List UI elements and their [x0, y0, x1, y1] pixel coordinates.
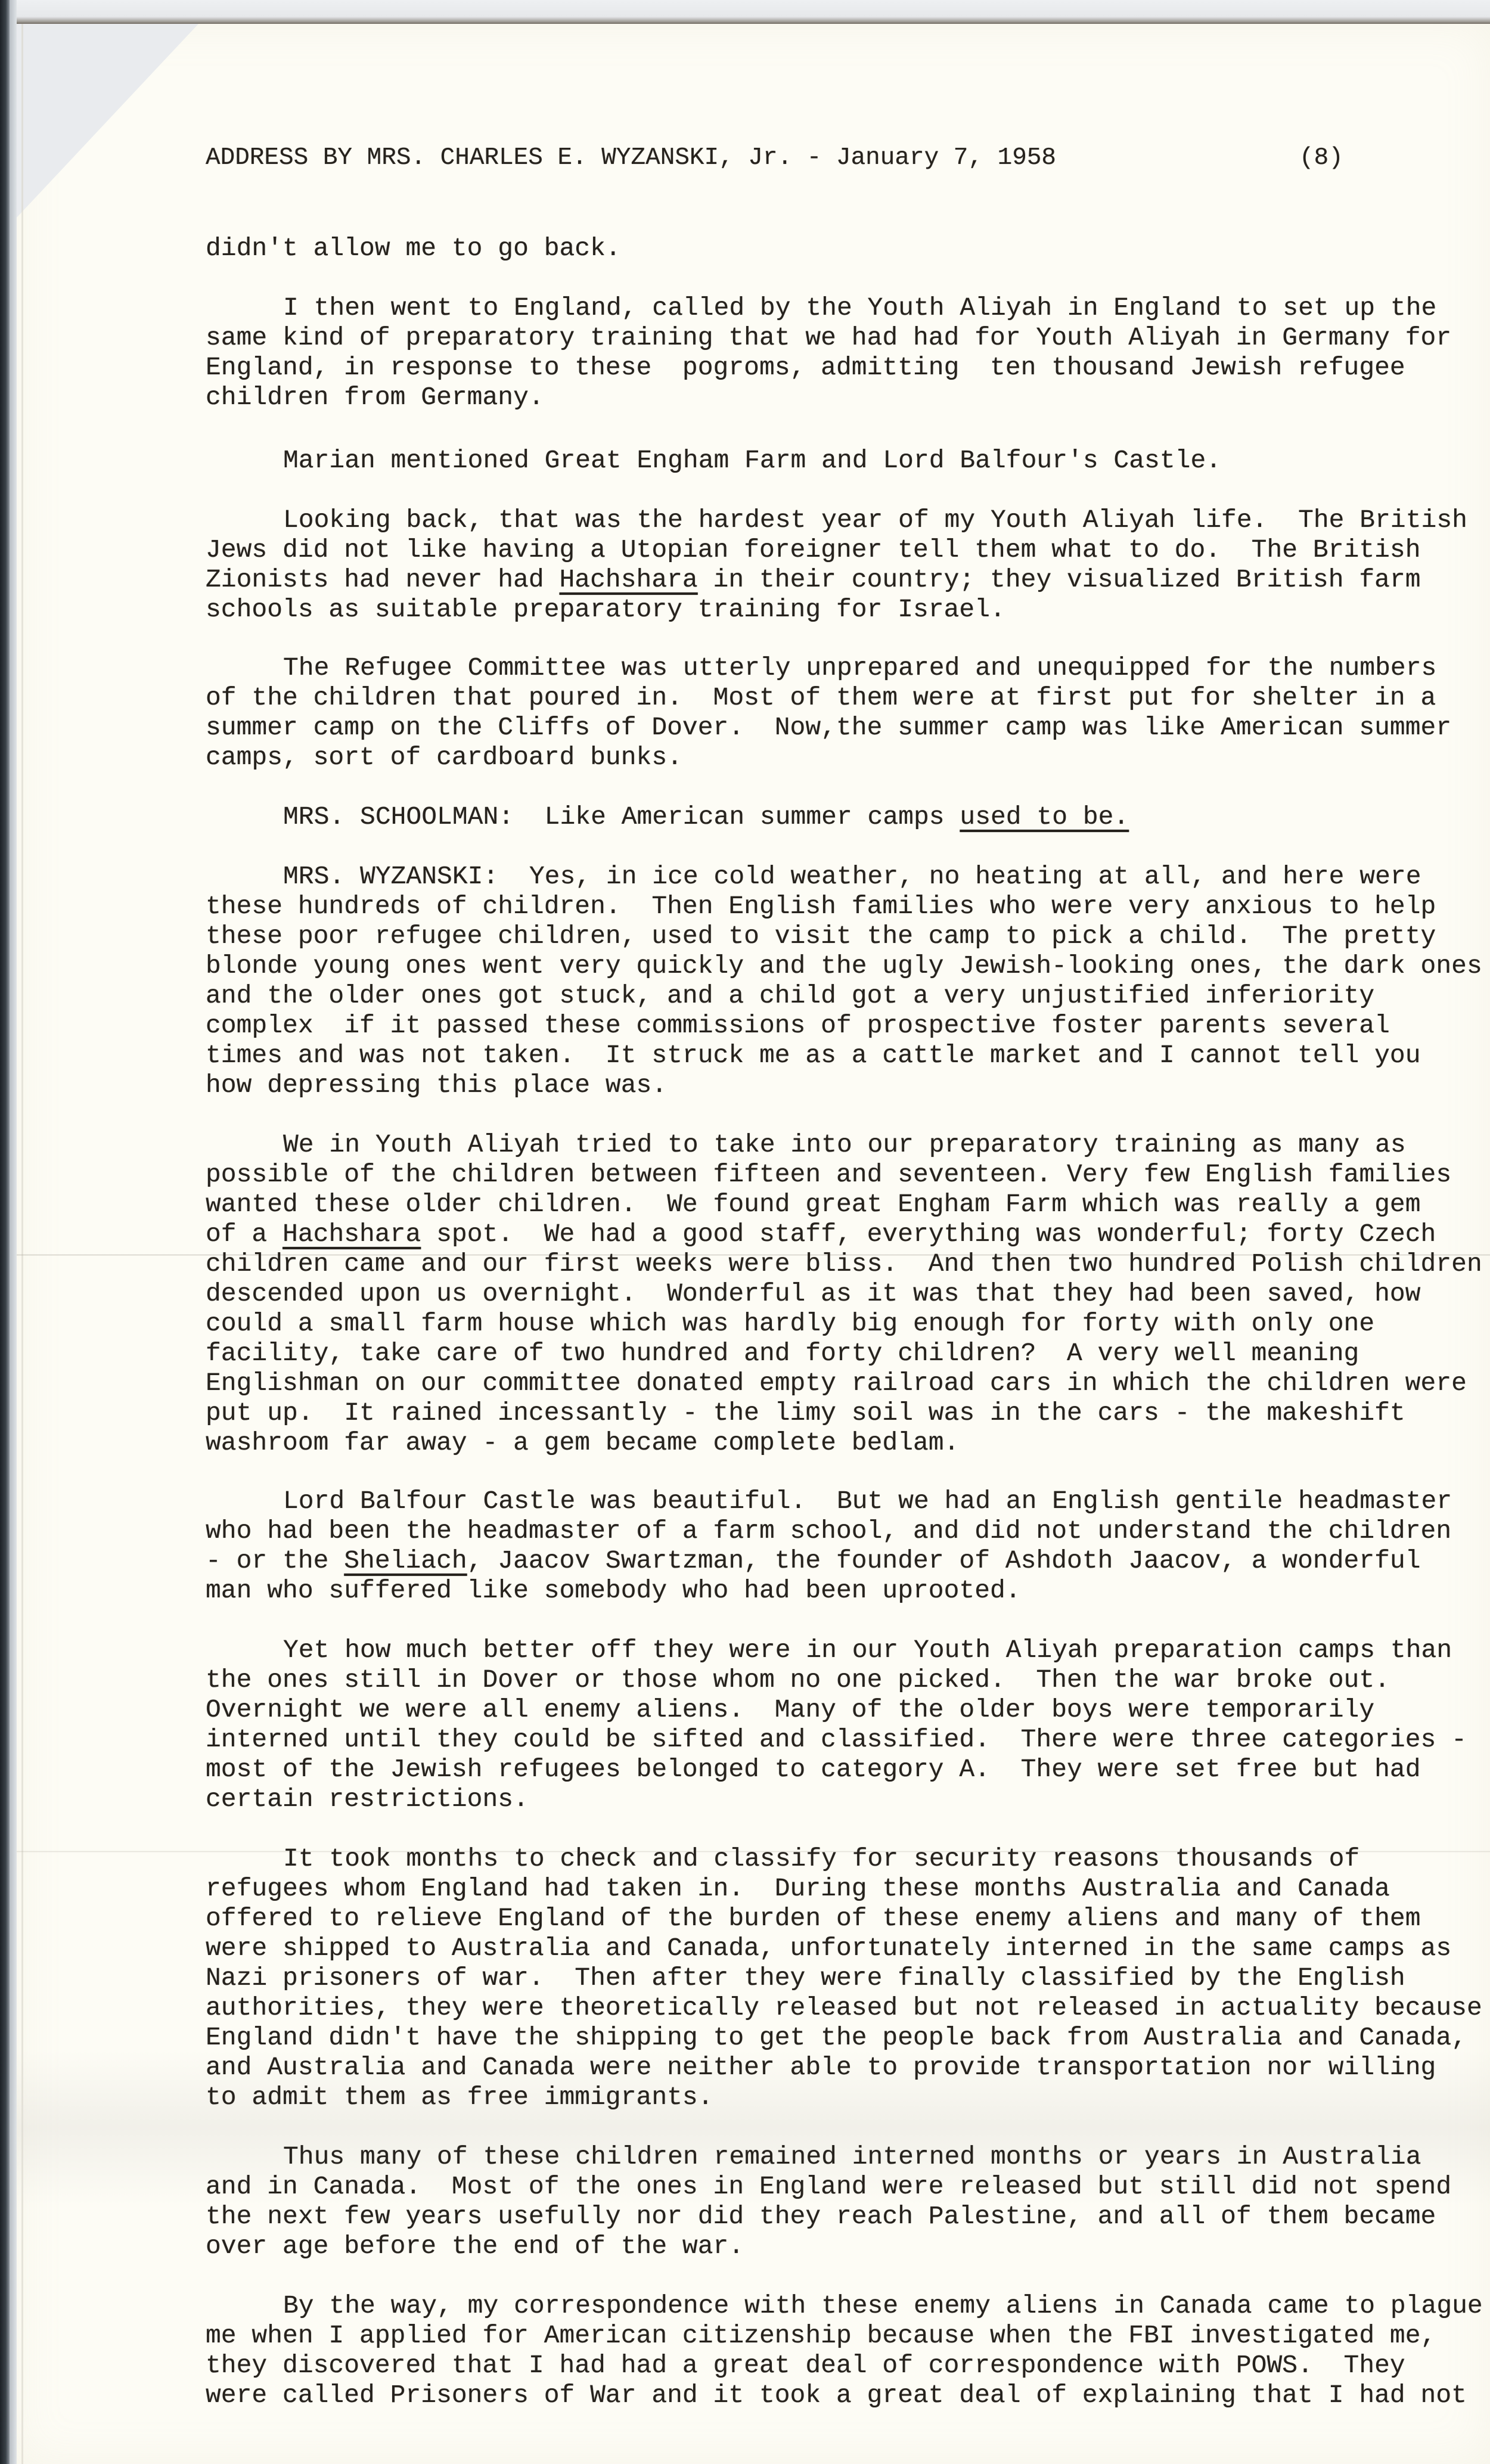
- text-line: were shipped to Australia and Canada, un…: [206, 1934, 1451, 1963]
- text-line: summer camp on the Cliffs of Dover. Now,…: [206, 713, 1451, 743]
- text-line: most of the Jewish refugees belonged to …: [206, 1755, 1421, 1785]
- text-line: children came and our first weeks were b…: [206, 1249, 1482, 1279]
- text-line: schools as suitable preparatory training…: [206, 595, 1005, 625]
- text-segment: , Jaacov Swartzman, the founder of Ashdo…: [467, 1546, 1421, 1575]
- text-line: of the children that poured in. Most of …: [206, 683, 1436, 713]
- text-segment: - or the: [206, 1546, 344, 1575]
- text-line: same kind of preparatory training that w…: [206, 323, 1451, 353]
- paragraph-first-line: MRS. WYZANSKI: Yes, in ice cold weather,…: [283, 862, 1421, 892]
- text-line: Overnight we were all enemy aliens. Many…: [206, 1695, 1374, 1725]
- text-line: children from Germany.: [206, 383, 544, 412]
- text-line: blonde young ones went very quickly and …: [206, 951, 1482, 981]
- text-line: who had been the headmaster of a farm sc…: [206, 1516, 1451, 1546]
- paragraph-first-line: It took months to check and classify for…: [283, 1844, 1359, 1874]
- underlined-term: used to be.: [960, 802, 1129, 831]
- text-line: of a Hachshara spot. We had a good staff…: [206, 1219, 1436, 1249]
- text-line: and Australia and Canada were neither ab…: [206, 2053, 1436, 2083]
- text-line: possible of the children between fifteen…: [206, 1160, 1451, 1190]
- paragraph-first-line: Marian mentioned Great Engham Farm and L…: [283, 446, 1221, 476]
- text-line: refugees whom England had taken in. Duri…: [206, 1874, 1390, 1904]
- text-segment: Zionists had never had: [206, 565, 560, 594]
- text-line: to admit them as free immigrants.: [206, 2083, 713, 2112]
- paragraph-first-line: Lord Balfour Castle was beautiful. But w…: [283, 1487, 1452, 1516]
- text-segment: in their country; they visualized Britis…: [698, 565, 1421, 594]
- text-line: could a small farm house which was hardl…: [206, 1309, 1374, 1339]
- text-line: facility, take care of two hundred and f…: [206, 1339, 1359, 1368]
- text-line: over age before the end of the war.: [206, 2232, 744, 2261]
- text-line: camps, sort of cardboard bunks.: [206, 743, 682, 772]
- paragraph-first-line: Thus many of these children remained int…: [283, 2142, 1421, 2172]
- text-line: man who suffered like somebody who had b…: [206, 1576, 1021, 1606]
- paragraph-first-line: Looking back, that was the hardest year …: [283, 505, 1467, 535]
- underlined-term: Sheliach: [344, 1546, 467, 1575]
- text-line: descended upon us overnight. Wonderful a…: [206, 1279, 1421, 1309]
- scanner-rail: [10, 0, 17, 2464]
- paper-edge: [21, 24, 23, 2464]
- text-segment: of a: [206, 1219, 283, 1249]
- text-line: - or the Sheliach, Jaacov Swartzman, the…: [206, 1546, 1421, 1576]
- text-line: wanted these older children. We found gr…: [206, 1190, 1421, 1219]
- paragraph-first-line: Yet how much better off they were in our…: [283, 1636, 1452, 1665]
- paragraph-first-line: MRS. SCHOOLMAN: Like American summer cam…: [283, 802, 1129, 832]
- text-line: and the older ones got stuck, and a chil…: [206, 981, 1374, 1011]
- text-line: England didn't have the shipping to get …: [206, 2023, 1467, 2053]
- document-header-title: ADDRESS BY MRS. CHARLES E. WYZANSKI, Jr.…: [206, 143, 1056, 173]
- text-line: the next few years usefully nor did they…: [206, 2202, 1436, 2232]
- text-line: Englishman on our committee donated empt…: [206, 1368, 1467, 1398]
- text-line: Zionists had never had Hachshara in thei…: [206, 565, 1421, 595]
- text-line: put up. It rained incessantly - the limy…: [206, 1398, 1405, 1428]
- text-line: were called Prisoners of War and it took…: [206, 2381, 1467, 2410]
- text-line: complex if it passed these commissions o…: [206, 1011, 1390, 1041]
- text-line: Nazi prisoners of war. Then after they w…: [206, 1963, 1405, 1993]
- underlined-term: Hachshara: [560, 565, 698, 594]
- text-line: authorities, they were theoretically rel…: [206, 1993, 1482, 2023]
- text-line: washroom far away - a gem became complet…: [206, 1428, 959, 1458]
- text-segment: spot. We had a good staff, everything wa…: [421, 1219, 1436, 1249]
- paragraph-first-line: By the way, my correspondence with these…: [283, 2291, 1483, 2321]
- text-line: offered to relieve England of the burden…: [206, 1904, 1421, 1934]
- text-line: these hundreds of children. Then English…: [206, 892, 1436, 921]
- text-line: certain restrictions.: [206, 1785, 529, 1814]
- paragraph-first-line: The Refugee Committee was utterly unprep…: [283, 653, 1436, 683]
- text-line: these poor refugee children, used to vis…: [206, 921, 1436, 951]
- paragraph-first-line: I then went to England, called by the Yo…: [283, 293, 1436, 323]
- text-line: Jews did not like having a Utopian forei…: [206, 535, 1421, 565]
- scanner-top-band: [17, 0, 1490, 24]
- underlined-term: Hachshara: [283, 1219, 421, 1249]
- text-line: England, in response to these pogroms, a…: [206, 353, 1405, 383]
- text-line: me when I applied for American citizensh…: [206, 2321, 1436, 2351]
- text-line: didn't allow me to go back.: [206, 234, 621, 263]
- scanner-edge: [0, 0, 10, 2464]
- text-line: interned until they could be sifted and …: [206, 1725, 1467, 1755]
- text-line: times and was not taken. It struck me as…: [206, 1041, 1421, 1070]
- text-line: and in Canada. Most of the ones in Engla…: [206, 2172, 1451, 2202]
- text-line: they discovered that I had had a great d…: [206, 2351, 1405, 2381]
- text-segment: MRS. SCHOOLMAN: Like American summer cam…: [283, 802, 960, 831]
- text-line: the ones still in Dover or those whom no…: [206, 1665, 1390, 1695]
- paragraph-first-line: We in Youth Aliyah tried to take into ou…: [283, 1130, 1406, 1160]
- page-number: (8): [1299, 143, 1343, 173]
- text-line: how depressing this place was.: [206, 1070, 667, 1100]
